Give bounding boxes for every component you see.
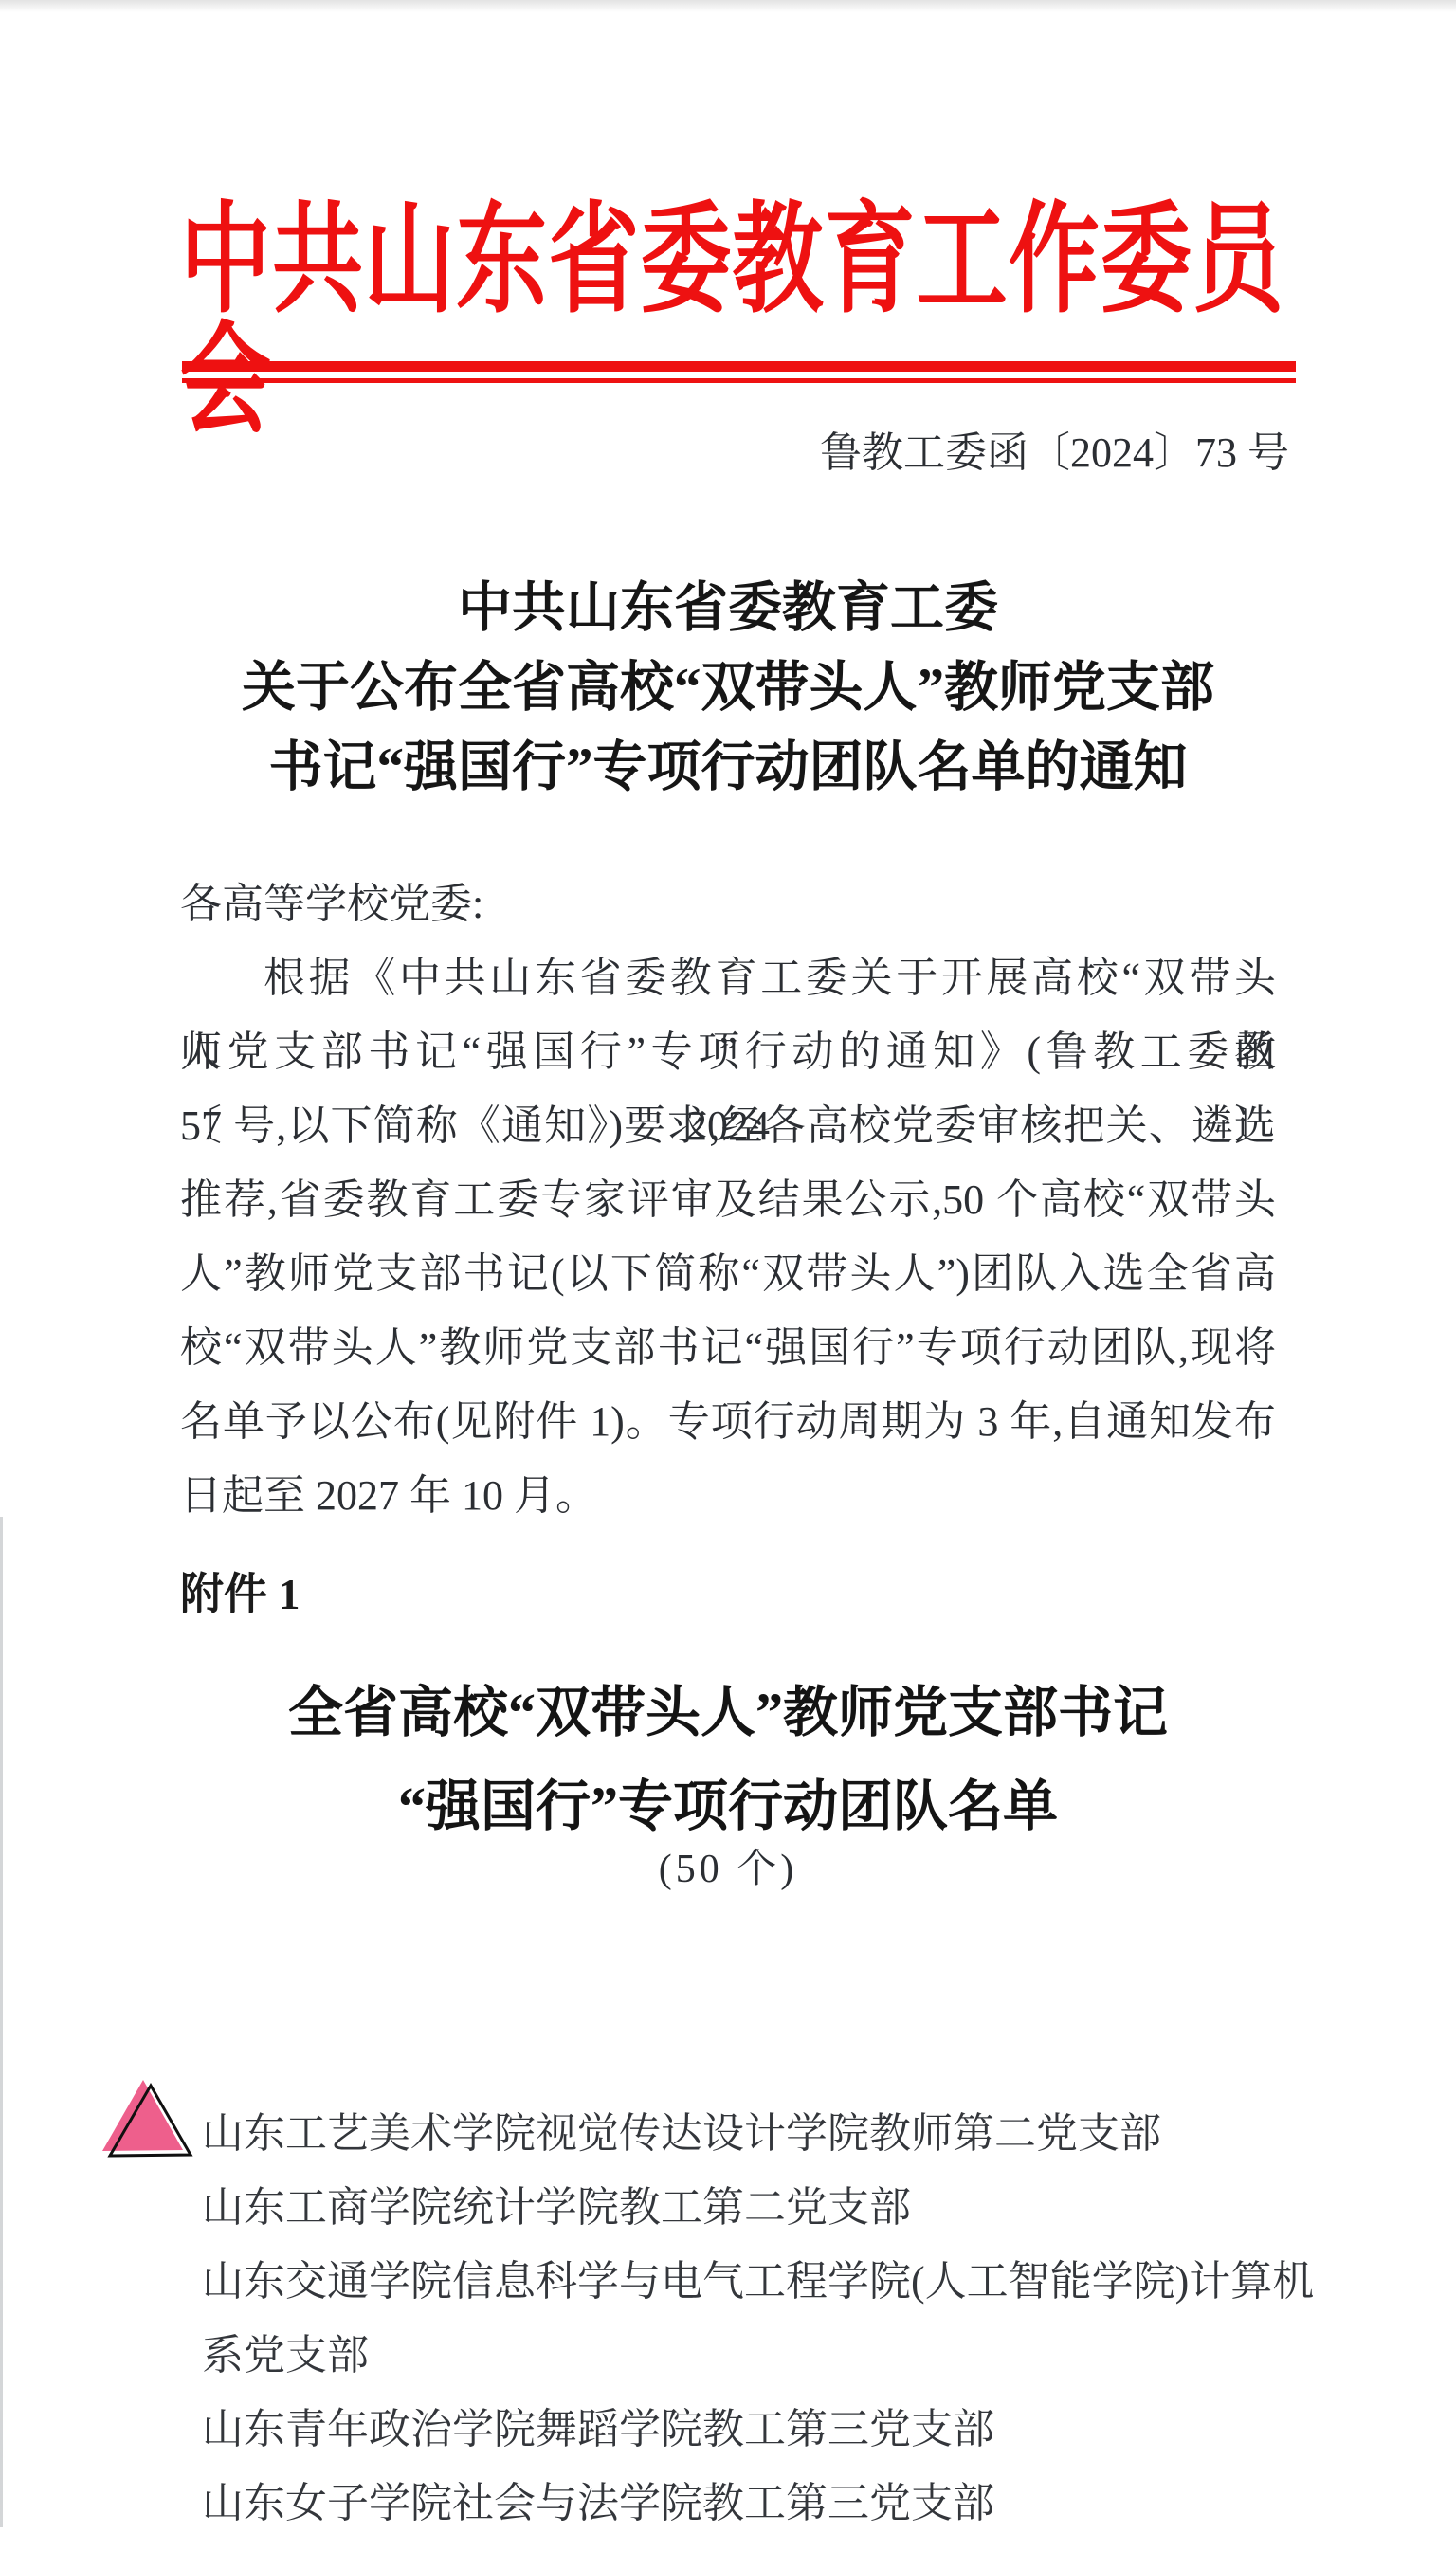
list-item: 山东工艺美术学院视觉传达设计学院教师第二党支部 [202, 2097, 1283, 2171]
body-line: 名单予以公布(见附件 1)。专项行动周期为 3 年,自通知发布 [180, 1385, 1276, 1459]
document-title: 中共山东省委教育工委 关于公布全省高校“双带头人”教师党支部 书记“强国行”专项… [0, 569, 1456, 808]
team-list: 山东工艺美术学院视觉传达设计学院教师第二党支部 山东工商学院统计学院教工第二党支… [202, 2097, 1283, 2541]
title-line-2: 关于公布全省高校“双带头人”教师党支部 [0, 648, 1456, 728]
title-line-1: 中共山东省委教育工委 [0, 569, 1456, 648]
document-body: 各高等学校党委: 根据《中共山东省委教育工委关于开展高校“双带头人”教 师党支部… [180, 867, 1276, 1533]
body-line: 人”教师党支部书记(以下简称“双带头人”)团队入选全省高 [180, 1237, 1276, 1311]
attachment-label: 附件 1 [180, 1559, 300, 1622]
body-line: 校“双带头人”教师党支部书记“强国行”专项行动团队,现将 [180, 1311, 1276, 1385]
list-item-wrap: 系党支部 [202, 2319, 1283, 2393]
body-line: 57 号,以下简称《通知》)要求,经各高校党委审核把关、遴选 [180, 1089, 1276, 1163]
appendix-title: 全省高校“双带头人”教师党支部书记 “强国行”专项行动团队名单 [0, 1666, 1456, 1853]
title-line-3: 书记“强国行”专项行动团队名单的通知 [0, 728, 1456, 808]
masthead-title: 中共山东省委教育工作委员会 [180, 201, 1283, 441]
body-line: 师党支部书记“强国行”专项行动的通知》(鲁教工委函〔2024〕 [180, 1015, 1276, 1089]
official-document-page: 中共山东省委教育工作委员会 鲁教工委函〔2024〕73 号 中共山东省委教育工委… [0, 0, 1456, 2570]
team-count: (50 个) [0, 1837, 1456, 1894]
body-line: 根据《中共山东省委教育工委关于开展高校“双带头人”教 [180, 941, 1276, 1015]
list-item: 山东工商学院统计学院教工第二党支部 [202, 2171, 1283, 2245]
list-item: 山东青年政治学院舞蹈学院教工第三党支部 [202, 2393, 1283, 2467]
appendix-title-line-1: 全省高校“双带头人”教师党支部书记 [0, 1666, 1456, 1759]
list-item: 山东女子学院社会与法学院教工第三党支部 [202, 2467, 1283, 2541]
triangle-marker-icon[interactable] [99, 2076, 197, 2163]
salutation: 各高等学校党委: [180, 867, 1276, 941]
red-separator-thin [182, 378, 1296, 383]
red-separator-thick [182, 361, 1296, 372]
top-edge-shadow [0, 0, 1456, 12]
body-line: 日起至 2027 年 10 月。 [180, 1459, 1276, 1533]
body-line: 推荐,省委教育工委专家评审及结果公示,50 个高校“双带头 [180, 1163, 1276, 1237]
document-number: 鲁教工委函〔2024〕73 号 [820, 428, 1289, 478]
list-item: 山东交通学院信息科学与电气工程学院(人工智能学院)计算机 [202, 2245, 1283, 2319]
triangle-marker-fill [102, 2080, 183, 2151]
